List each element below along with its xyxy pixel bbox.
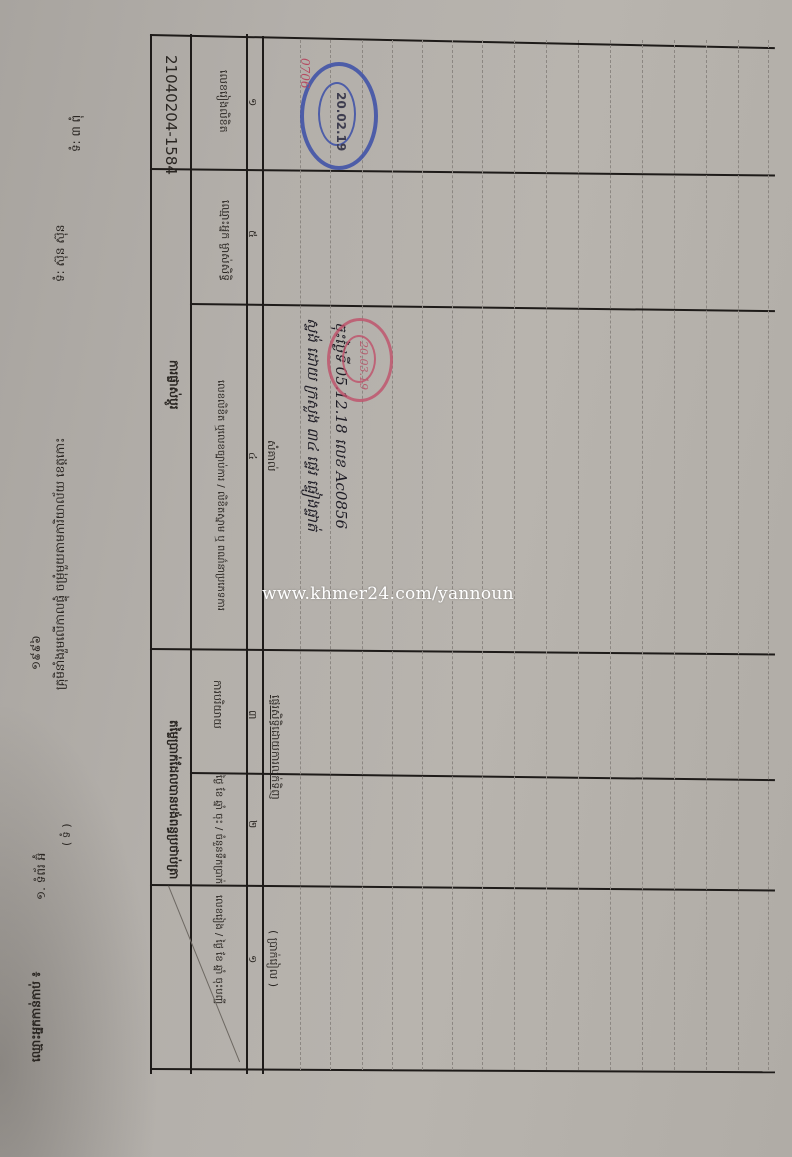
col-header-3: លេខលិខិត ឬលេខច្បាប់ការ / លិខិតស្នាម ឬ ពណ…: [213, 380, 228, 611]
col-index-2: ៥: [243, 230, 259, 238]
ruling-line: [422, 40, 423, 1070]
watermark: www.khmer24.com/yannoun: [262, 584, 514, 604]
ruling-line: [738, 40, 739, 1070]
ruling-line: [546, 40, 547, 1070]
col-header-1: លេខរៀងលិខិត: [214, 70, 230, 133]
ruling-line: [610, 40, 611, 1070]
ruling-line: [674, 40, 675, 1070]
col-header-4: ការបរិយាយ: [208, 680, 224, 729]
col-index-3: ៤: [243, 452, 259, 460]
section-right-header: តម្លៃប្រាក់ដែលបានបង់ពន្ធប្រថាប់ត្រា: [164, 720, 182, 879]
table-subheader-divider: [246, 34, 248, 1074]
col-sep-3: [150, 648, 775, 655]
col-index-1: ១: [243, 98, 259, 106]
owner-line-label: ទំ: ស៊ុន ស៊ុន: [52, 225, 70, 282]
bottom-owner-label: ឈ្មោះអ្នកកាន់កាប់ ៖: [28, 972, 46, 1062]
red-ink-reference: 0706: [298, 58, 312, 89]
col-header-5: ថ្ងៃ ខែ ឆ្នាំ ចុះ / ចំនួនទឹកប្រាក់: [211, 775, 226, 884]
ruling-line: [578, 40, 579, 1070]
row1-note: ផ្ទេរសិទ្ធិដោយការលក់ទិញ: [266, 695, 282, 800]
col-index-4: ៣: [243, 710, 259, 719]
ruling-line: [392, 40, 393, 1070]
parcel-id: 21040204-1584: [162, 55, 180, 175]
year-label: ១៩៩៦: [28, 635, 46, 670]
table-index-divider: [262, 36, 264, 1074]
number-label: ១. ទំព័រ អ៊ំ: [33, 853, 51, 900]
col-sep-1: [150, 168, 775, 177]
shadow: [0, 700, 160, 1157]
table-left-border: [150, 34, 152, 1074]
parcel-note-label: គ្រុមិនាំងរួមលើកាលផ្ទុំ ចម្រុំមួយតាមការិ…: [52, 438, 70, 690]
page-label: ទំ: ៣ ពុំ: [68, 115, 86, 152]
red-stamp-date: 20.03.19: [357, 341, 370, 390]
ruling-line: [514, 40, 515, 1070]
ruling-line: [642, 40, 643, 1070]
ruling-line: [300, 40, 301, 1070]
number-sub-label: ( ទំ ): [60, 823, 76, 846]
ruling-line: [482, 40, 483, 1070]
ruling-line: [362, 40, 363, 1070]
col-header-6: លេខរៀង / ថ្ងៃ ខែ ឆ្នាំ ចុះបញ្ជី: [211, 895, 226, 1004]
blue-stamp-date: 20.02.19: [334, 92, 348, 151]
table-bottom-border: [150, 1068, 775, 1073]
row1-currency: ( ប្រាក់រៀល ): [264, 930, 280, 987]
ruling-line: [706, 40, 707, 1070]
ruling-line: [768, 40, 769, 1070]
handwritten-line-1: ស្ទង់ ដោយ ក្រសួង ៣៤ ផ្ទេរ ផ្ទៀងផ្ទាត់: [300, 318, 322, 531]
ruling-line: [330, 40, 331, 1070]
section-left-header: ការផ្លាស់ប្តូរ: [164, 360, 182, 410]
red-stamp: 20.03.19: [327, 318, 393, 402]
col-header-2: ឈ្មោះអ្នក ម្ចាស់សិទ្ធិ: [216, 200, 232, 281]
col-index-5: ២: [243, 820, 259, 828]
col-sep-5: [150, 884, 775, 891]
diagonal-divider: [168, 886, 240, 1063]
col-index-6: ១: [243, 955, 259, 963]
table-top-border: [150, 34, 775, 49]
ruling-line: [452, 40, 453, 1070]
table-header-divider: [190, 34, 192, 1074]
row1-subheader: សំគាល់: [262, 440, 278, 471]
